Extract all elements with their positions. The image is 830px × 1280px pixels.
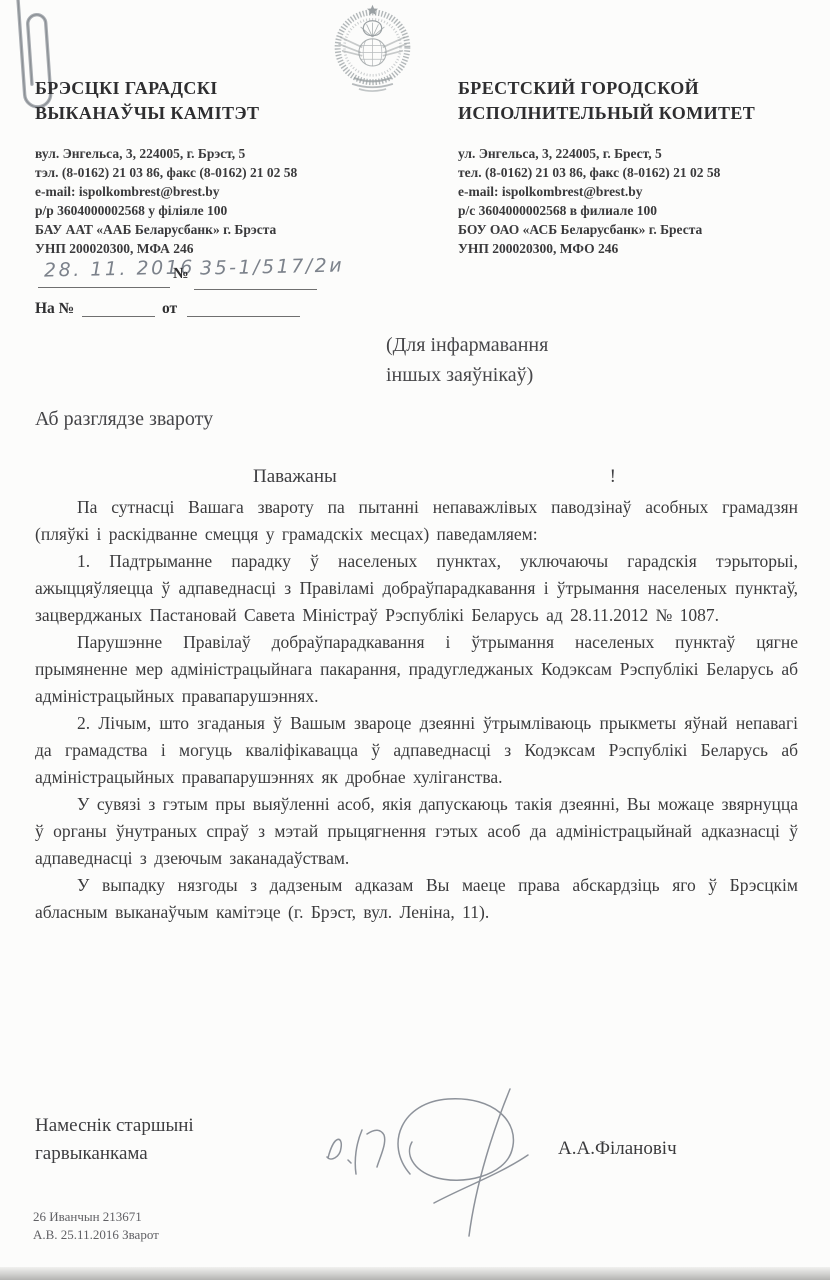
salutation: Паважаны !: [35, 466, 795, 488]
scan-edge-artifact: [0, 1267, 830, 1280]
footer-reference: А.В. 25.11.2016 Зварот: [33, 1226, 159, 1244]
na-number-label: На №: [35, 300, 74, 318]
address-line: вул. Энгельса, 3, 224005, г. Брэст, 5: [35, 144, 435, 163]
body-paragraph: У выпадку нязгоды з дадзеным адказам Вы …: [35, 872, 798, 926]
address-line: БОУ ОАО «АСБ Беларусбанк» г. Бреста: [458, 220, 813, 239]
handwritten-signature: [312, 1086, 552, 1241]
address-line: УНП 200020300, МФА 246: [35, 239, 435, 258]
letterhead-russian: БРЕСТСКИЙ ГОРОДСКОЙ ИСПОЛНИТЕЛЬНЫЙ КОМИТ…: [458, 76, 813, 258]
signer-position-line2: гарвыканкама: [35, 1140, 194, 1168]
address-line: УНП 200020300, МФО 246: [458, 239, 813, 258]
number-sign: №: [173, 265, 189, 283]
org-title-ru-line2: ИСПОЛНИТЕЛЬНЫЙ КОМИТЕТ: [458, 101, 813, 126]
ot-underline: [187, 316, 300, 317]
signer-name: А.А.Філановіч: [558, 1138, 677, 1160]
number-underline: [194, 289, 317, 290]
address-line: БАУ ААТ «ААБ Беларусбанк» г. Брэста: [35, 220, 435, 239]
address-line: ул. Энгельса, 3, 224005, г. Брест, 5: [458, 144, 813, 163]
footer-executor: 26 Иванчын 213671: [33, 1208, 159, 1226]
signer-position: Намеснік старшыні гарвыканкама: [35, 1112, 194, 1168]
address-line: e-mail: ispolkombrest@brest.by: [458, 182, 813, 201]
signer-position-line1: Намеснік старшыні: [35, 1112, 194, 1140]
org-title-ru-line1: БРЕСТСКИЙ ГОРОДСКОЙ: [458, 76, 813, 101]
recipient-note-line1: (Для інфармавання: [386, 330, 548, 360]
recipient-note-line2: іншых заяўнікаў): [386, 360, 548, 390]
letter-body: Па сутнасці Вашага звароту па пытанні не…: [35, 494, 798, 926]
salutation-exclamation: !: [610, 466, 616, 487]
body-paragraph: Па сутнасці Вашага звароту па пытанні не…: [35, 494, 798, 548]
org-title-by-line1: БРЭСЦКІ ГАРАДСКІ: [35, 76, 435, 101]
footer-notes: 26 Иванчын 213671 А.В. 25.11.2016 Зварот: [33, 1208, 159, 1244]
org-address-by: вул. Энгельса, 3, 224005, г. Брэст, 5 тэ…: [35, 144, 435, 258]
handwritten-number: 35-1/517/2и: [200, 254, 345, 279]
org-title-by-line2: ВЫКАНАЎЧЫ КАМІТЭТ: [35, 101, 435, 126]
ot-label: от: [162, 300, 177, 318]
letterhead-belarusian: БРЭСЦКІ ГАРАДСКІ ВЫКАНАЎЧЫ КАМІТЭТ вул. …: [35, 76, 435, 258]
body-paragraph: 2. Лічым, што згаданыя ў Вашым звароце д…: [35, 710, 798, 791]
date-underline: [38, 287, 170, 288]
recipient-note: (Для інфармавання іншых заяўнікаў): [386, 330, 548, 390]
address-line: тел. (8-0162) 21 03 86, факс (8-0162) 21…: [458, 163, 813, 182]
scanned-letter-page: БРЭСЦКІ ГАРАДСКІ ВЫКАНАЎЧЫ КАМІТЭТ вул. …: [0, 0, 830, 1280]
address-line: e-mail: ispolkombrest@brest.by: [35, 182, 435, 201]
address-line: р/с 3604000002568 в филиале 100: [458, 201, 813, 220]
salutation-text: Паважаны: [253, 466, 337, 487]
body-paragraph: Парушэнне Правілаў добраўпарадкавання і …: [35, 629, 798, 710]
org-address-ru: ул. Энгельса, 3, 224005, г. Брест, 5 тел…: [458, 144, 813, 258]
body-paragraph: 1. Падтрыманне парадку ў населеных пункт…: [35, 548, 798, 629]
address-line: р/р 3604000002568 у філіяле 100: [35, 201, 435, 220]
address-line: тэл. (8-0162) 21 03 86, факс (8-0162) 21…: [35, 163, 435, 182]
body-paragraph: У сувязі з гэтым пры выяўленні асоб, які…: [35, 791, 798, 872]
na-number-underline: [82, 316, 155, 317]
subject-line: Аб разглядзе звароту: [35, 408, 213, 431]
